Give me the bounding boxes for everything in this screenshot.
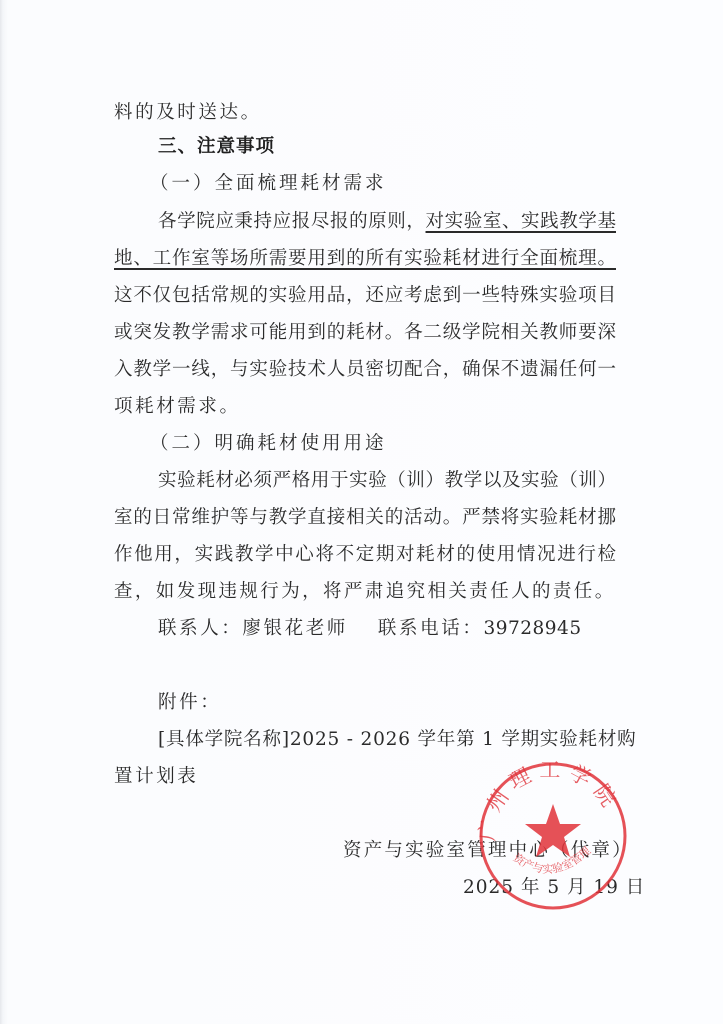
emphasized-text: 对实验室、实践教学基 <box>426 211 616 232</box>
contact-person: 廖银花老师 <box>242 618 348 639</box>
paragraph-2-line-3: 作他用，实践教学中心将不定期对耗材的使用情况进行检 <box>114 543 616 567</box>
subsection-2-heading: （二）明确耗材使用用途 <box>150 432 387 456</box>
paragraph-1-line-3: 这不仅包括常规的实验用品，还应考虑到一些特殊实验项目 <box>114 284 616 308</box>
continuation-text: 料的及时送达。 <box>114 101 262 125</box>
attachment-label: 附件： <box>158 691 221 715</box>
contact-line: 联系人：廖银花老师联系电话：39728945 <box>158 617 582 641</box>
paragraph-1-line-1: 各学院应秉持应报尽报的原则，对实验室、实践教学基 <box>158 210 616 234</box>
attachment-line-1: [具体学院名称]2025 - 2026 学年第 1 学期实验耗材购 <box>158 728 636 752</box>
contact-person-label: 联系人： <box>158 618 242 639</box>
subsection-1-heading: （一）全面梳理耗材需求 <box>150 172 387 196</box>
paragraph-2-line-2: 室的日常维护等与教学直接相关的活动。严禁将实验耗材挪 <box>114 506 616 530</box>
paragraph-1-line-6: 项耗材需求。 <box>114 395 241 419</box>
section-heading: 三、注意事项 <box>158 135 275 159</box>
document-page: 料的及时送达。 三、注意事项 （一）全面梳理耗材需求 各学院应秉持应报尽报的原则… <box>0 0 723 1024</box>
official-seal-stamp-icon: 广州理工学院 资产与实验室管理中心 <box>477 760 629 912</box>
paragraph-1-line-2: 地、工作室等场所需要用到的所有实验耗材进行全面梳理。 <box>114 247 616 271</box>
attachment-line-2: 置计划表 <box>114 765 198 789</box>
paragraph-2-line-4: 查，如发现违规行为，将严肃追究相关责任人的责任。 <box>114 580 616 604</box>
paragraph-1-line-5: 入教学一线，与实验技术人员密切配合，确保不遗漏任何一 <box>114 358 616 382</box>
contact-phone-label: 联系电话： <box>378 618 484 639</box>
contact-phone: 39728945 <box>483 618 581 639</box>
emphasized-text: 地、工作室等场所需要用到的所有实验耗材进行全面梳理。 <box>114 248 616 269</box>
paragraph-1-line-4: 或突发教学需求可能用到的耗材。各二级学院相关教师要深 <box>114 321 616 345</box>
paragraph-2-line-1: 实验耗材必须严格用于实验（训）教学以及实验（训） <box>158 469 616 493</box>
